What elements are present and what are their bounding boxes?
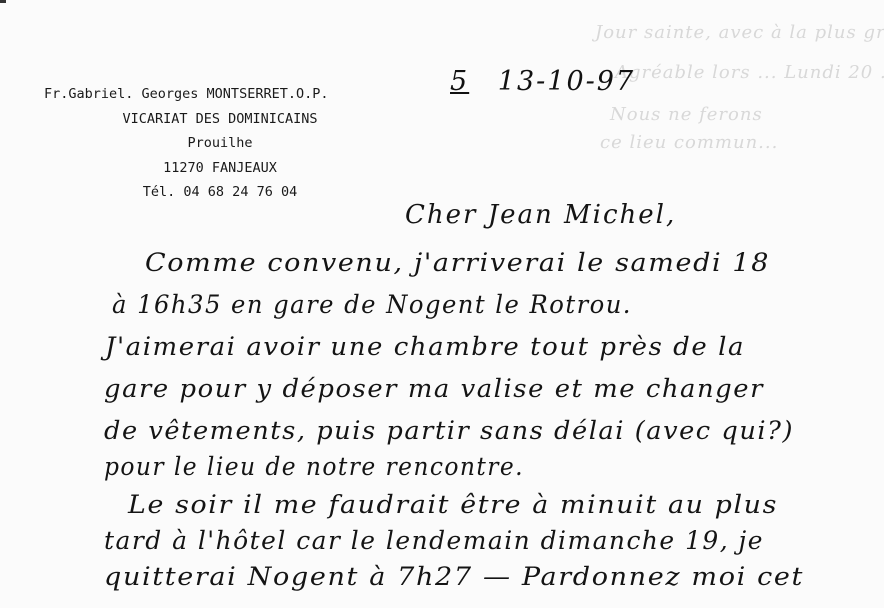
bleed-through-line: Nous ne ferons [610,104,763,125]
letter-line: de vêtements, puis partir sans délai (av… [104,416,794,445]
letterhead: Fr.Gabriel. Georges MONTSERRET.O.P. VICA… [40,82,400,205]
letter-line: quitterai Nogent à 7h27 — Pardonnez moi … [104,562,804,591]
scan-corner-mark [0,0,6,3]
salutation: Cher Jean Michel, [405,200,676,230]
letter-page: Jour sainte, avec à la plus grande... Ag… [0,0,884,608]
letter-line: J'aimerai avoir une chambre tout près de… [105,332,745,361]
place-name: Prouilhe [40,131,400,156]
bleed-through-line: Agréable lors ... Lundi 20 ... [615,62,884,83]
sender-name: Fr.Gabriel. Georges MONTSERRET.O.P. [44,82,400,107]
phone-number: Tél. 04 68 24 76 04 [40,180,400,205]
letter-line: Le soir il me faudrait être à minuit au … [128,490,778,519]
letter-line: à 16h35 en gare de Nogent le Rotrou. [112,290,632,319]
letter-line: Comme convenu, j'arriverai le samedi 18 [145,248,770,277]
letter-line: pour le lieu de notre rencontre. [104,452,524,481]
letter-date: 5 13-10-97 [450,66,635,97]
date-prefix: 5 [450,66,469,97]
bleed-through-line: Jour sainte, avec à la plus grande... [595,22,884,43]
letter-line: tard à l'hôtel car le lendemain dimanche… [104,526,764,555]
organization-name: VICARIAT DES DOMINICAINS [40,107,400,132]
bleed-through-line: ce lieu commun... [600,132,778,153]
date-value: 13-10-97 [498,66,635,97]
postal-address: 11270 FANJEAUX [40,156,400,181]
letter-line: gare pour y déposer ma valise et me chan… [104,374,764,403]
